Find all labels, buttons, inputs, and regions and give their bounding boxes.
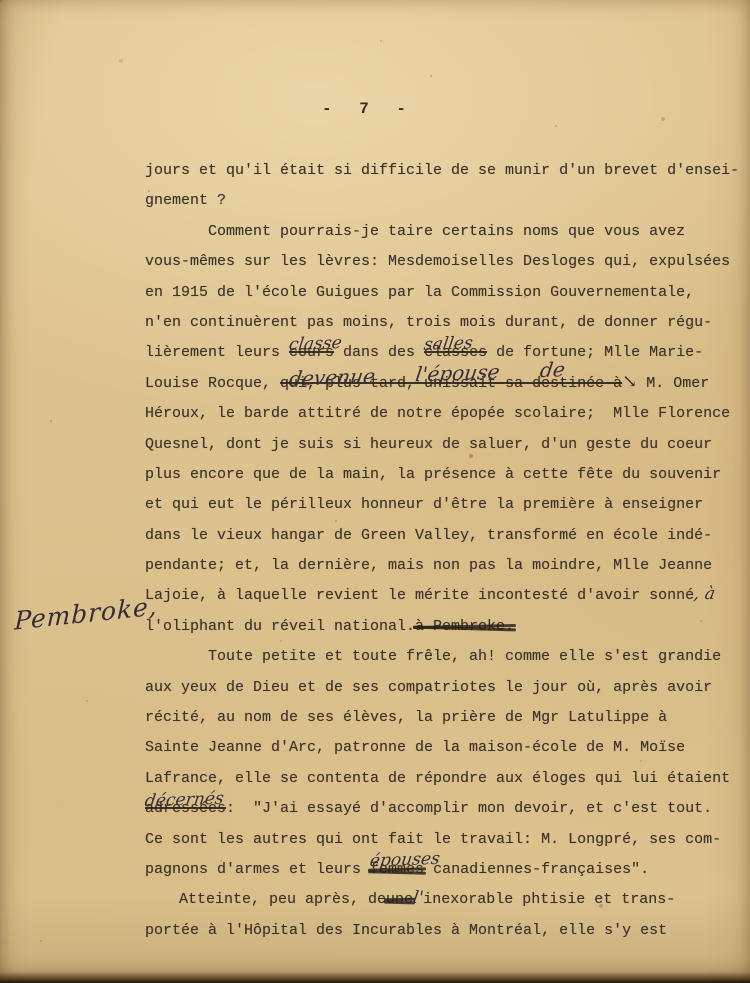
- typed-text: gnement ?: [145, 192, 226, 209]
- typed-line: vous-mêmes sur les lèvres: Mesdemoiselle…: [145, 247, 745, 277]
- typed-line: plus encore que de la main, la présence …: [145, 460, 745, 490]
- typed-text: Héroux, le barde attitré de notre épopée…: [145, 405, 730, 422]
- typed-text: canadiennes-françaises".: [424, 861, 649, 878]
- typed-line: récité, au nom de ses élèves, la prière …: [145, 703, 745, 733]
- handwritten-arrow-icon: ↘: [622, 373, 637, 391]
- typed-text: M. Omer: [637, 375, 709, 392]
- typed-text: récité, au nom de ses élèves, la prière …: [145, 709, 667, 726]
- typed-text: Lafrance, elle se contenta de répondre a…: [145, 770, 730, 787]
- typed-text: : "J'ai essayé d'accomplir mon devoir, e…: [226, 800, 712, 817]
- typed-text-body: jours et qu'il était si difficile de se …: [145, 156, 745, 946]
- scribbled-out-text: à Pembroke.: [415, 618, 514, 635]
- typed-text: l'oliphant du réveil national.: [145, 618, 415, 635]
- typed-text: Ce sont les autres qui ont fait le trava…: [145, 831, 721, 848]
- typed-line: Louise Rocque, devenue l'épouse dequi, p…: [145, 369, 745, 399]
- typed-text: aux yeux de Dieu et de ses compatriotes …: [145, 679, 712, 696]
- typed-line: l'oliphant du réveil national.à Pembroke…: [145, 612, 745, 642]
- correction-group: décernésadressées: [145, 794, 226, 824]
- typed-text: Lajoie, à laquelle revient le mérite inc…: [145, 587, 694, 604]
- typed-line: pendante; et, la dernière, mais non pas …: [145, 551, 745, 581]
- typed-text: pendante; et, la dernière, mais non pas …: [145, 557, 712, 574]
- typed-text: inexorable phtisie et trans-: [423, 891, 675, 908]
- paper-speckles: [0, 0, 2, 2]
- typed-line: Lajoie, à laquelle revient le mérite inc…: [145, 581, 745, 611]
- typed-text: en 1915 de l'école Guigues par la Commis…: [145, 284, 694, 301]
- typed-text: plus encore que de la main, la présence …: [145, 466, 721, 483]
- typed-line: pagnons d'armes et leurs épousesfemmes c…: [145, 855, 745, 885]
- typed-text: Sainte Jeanne d'Arc, patronne de la mais…: [145, 739, 685, 756]
- typed-line: Lafrance, elle se contenta de répondre a…: [145, 764, 745, 794]
- correction-group: devenue l'épouse dequi, plus tard, uniss…: [280, 369, 622, 399]
- typed-line: Quesnel, dont je suis si heureux de salu…: [145, 430, 745, 460]
- scribbled-out-text: une: [386, 891, 413, 908]
- handwritten-correction: décernés: [144, 790, 225, 810]
- typed-line: Sainte Jeanne d'Arc, patronne de la mais…: [145, 733, 745, 763]
- handwritten-correction: classe: [288, 335, 343, 354]
- handwritten-insertion: , à: [693, 586, 717, 603]
- typed-line: jours et qu'il était si difficile de se …: [145, 156, 745, 186]
- typed-text: dans le vieux hangar de Green Valley, tr…: [145, 527, 712, 544]
- typed-line: en 1915 de l'école Guigues par la Commis…: [145, 278, 745, 308]
- typed-text: dans des: [334, 344, 424, 361]
- typed-line: décernésadressées: "J'ai essayé d'accomp…: [145, 794, 745, 824]
- typed-text: Toute petite et toute frêle, ah! comme e…: [208, 648, 721, 665]
- typed-text: et qui eut le périlleux honneur d'être l…: [145, 496, 703, 513]
- typed-text: lièrement leurs: [145, 344, 289, 361]
- page-number: - 7 -: [300, 100, 430, 118]
- typed-text: Atteinte, peu après, de: [179, 891, 386, 908]
- typed-line: Atteinte, peu après, deunel'inexorable p…: [145, 885, 745, 915]
- document-page: - 7 - Pembroke, jours et qu'il était si …: [0, 0, 750, 983]
- typed-line: Comment pourrais-je taire certains noms …: [145, 217, 745, 247]
- typed-text: jours et qu'il était si difficile de se …: [145, 162, 739, 179]
- typed-text: Louise Rocque,: [145, 375, 280, 392]
- typed-line: Ce sont les autres qui ont fait le trava…: [145, 825, 745, 855]
- correction-group: classecours: [289, 338, 334, 368]
- scribbled-out-text: femmes: [370, 861, 424, 878]
- handwritten-correction: salles: [423, 335, 474, 354]
- correction-group: épousesfemmes: [370, 855, 424, 885]
- typed-line: Héroux, le barde attitré de notre épopée…: [145, 399, 745, 429]
- typed-text: Quesnel, dont je suis si heureux de salu…: [145, 436, 712, 453]
- typed-line: portée à l'Hôpital des Incurables à Mont…: [145, 916, 745, 946]
- margin-note-handwritten: Pembroke,: [14, 591, 158, 635]
- typed-text: vous-mêmes sur les lèvres: Mesdemoiselle…: [145, 253, 730, 270]
- typed-line: et qui eut le périlleux honneur d'être l…: [145, 490, 745, 520]
- typed-text: Comment pourrais-je taire certains noms …: [208, 223, 685, 240]
- typed-text: n'en continuèrent pas moins, trois mois …: [145, 314, 712, 331]
- typed-line: aux yeux de Dieu et de ses compatriotes …: [145, 673, 745, 703]
- typed-text: portée à l'Hôpital des Incurables à Mont…: [145, 922, 667, 939]
- typed-line: dans le vieux hangar de Green Valley, tr…: [145, 521, 745, 551]
- typed-line: gnement ?: [145, 186, 745, 216]
- typed-line: Toute petite et toute frêle, ah! comme e…: [145, 642, 745, 672]
- typed-text: pagnons d'armes et leurs: [145, 861, 370, 878]
